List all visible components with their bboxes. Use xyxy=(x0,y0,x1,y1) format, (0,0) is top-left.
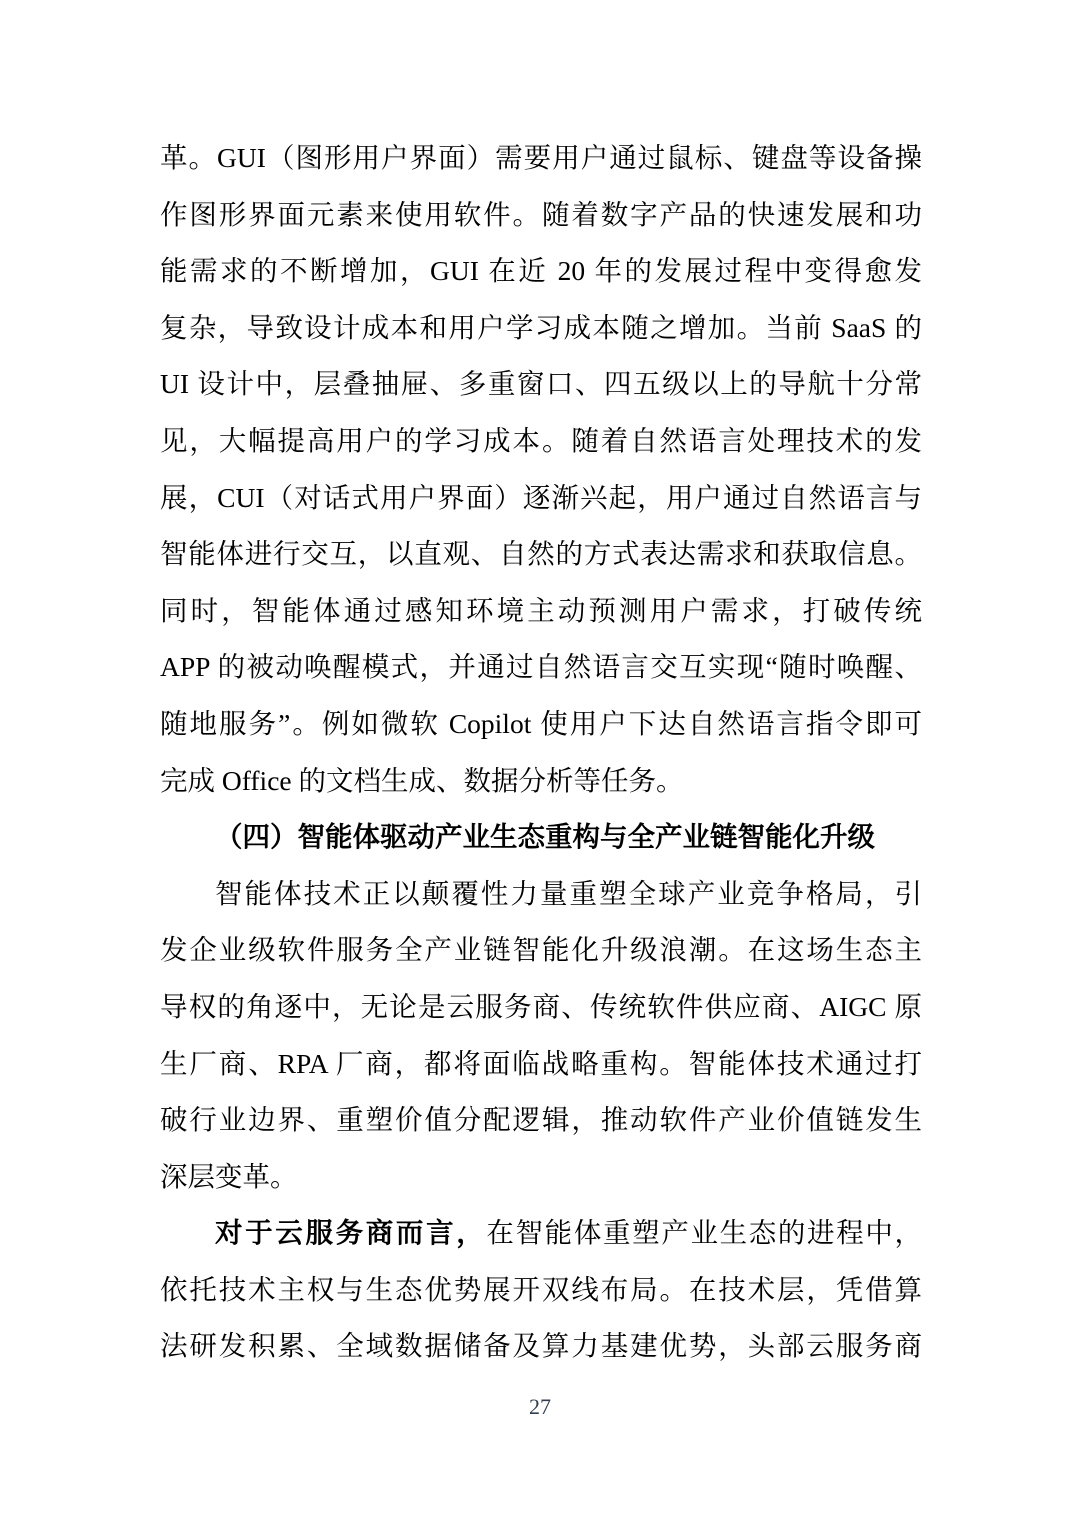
text-line: 智能体技术正以颠覆性力量重塑全球产业竞争格局，引 xyxy=(160,866,922,923)
text-line: 完成 Office 的文档生成、数据分析等任务。 xyxy=(160,753,922,810)
text-line: 发企业级软件服务全产业链智能化升级浪潮。在这场生态主 xyxy=(160,922,922,979)
text-run: 同时，智能体通过感知环境主动预测用户需求，打破传统 xyxy=(160,595,922,626)
text-line: 对于云服务商而言，在智能体重塑产业生态的进程中， xyxy=(160,1205,922,1262)
text-run: 导权的角逐中，无论是云服务商、传统软件供应商、AIGC 原 xyxy=(160,991,922,1022)
text-line: 依托技术主权与生态优势展开双线布局。在技术层，凭借算 xyxy=(160,1262,922,1319)
text-line: 导权的角逐中，无论是云服务商、传统软件供应商、AIGC 原 xyxy=(160,979,922,1036)
text-run: 依托技术主权与生态优势展开双线布局。在技术层，凭借算 xyxy=(160,1274,922,1305)
bold-text-run: （四）智能体驱动产业生态重构与全产业链智能化升级 xyxy=(215,821,875,852)
text-run: 复杂，导致设计成本和用户学习成本随之增加。当前 SaaS 的 xyxy=(160,312,922,343)
text-line: 同时，智能体通过感知环境主动预测用户需求，打破传统 xyxy=(160,583,922,640)
text-run: 生厂商、RPA 厂商，都将面临战略重构。智能体技术通过打 xyxy=(160,1048,922,1079)
text-line: 革。GUI（图形用户界面）需要用户通过鼠标、键盘等设备操 xyxy=(160,130,922,187)
text-run: 作图形界面元素来使用软件。随着数字产品的快速发展和功 xyxy=(160,199,922,230)
text-line: 能需求的不断增加，GUI 在近 20 年的发展过程中变得愈发 xyxy=(160,243,922,300)
text-line: 智能体进行交互，以直观、自然的方式表达需求和获取信息。 xyxy=(160,526,922,583)
text-line: 展，CUI（对话式用户界面）逐渐兴起，用户通过自然语言与 xyxy=(160,470,922,527)
text-line: 见，大幅提高用户的学习成本。随着自然语言处理技术的发 xyxy=(160,413,922,470)
text-line: 作图形界面元素来使用软件。随着数字产品的快速发展和功 xyxy=(160,187,922,244)
text-line: APP 的被动唤醒模式，并通过自然语言交互实现“随时唤醒、 xyxy=(160,639,922,696)
document-lines: 革。GUI（图形用户界面）需要用户通过鼠标、键盘等设备操作图形界面元素来使用软件… xyxy=(160,130,922,1375)
text-run: 破行业边界、重塑价值分配逻辑，推动软件产业价值链发生 xyxy=(160,1104,922,1135)
section-heading: （四）智能体驱动产业生态重构与全产业链智能化升级 xyxy=(160,809,922,866)
text-line: 深层变革。 xyxy=(160,1149,922,1206)
text-run: 发企业级软件服务全产业链智能化升级浪潮。在这场生态主 xyxy=(160,934,922,965)
text-run: 在智能体重塑产业生态的进程中， xyxy=(486,1217,922,1248)
text-line: 生厂商、RPA 厂商，都将面临战略重构。智能体技术通过打 xyxy=(160,1036,922,1093)
text-line: 破行业边界、重塑价值分配逻辑，推动软件产业价值链发生 xyxy=(160,1092,922,1149)
text-run: 法研发积累、全域数据储备及算力基建优势，头部云服务商 xyxy=(160,1330,922,1361)
text-line: 复杂，导致设计成本和用户学习成本随之增加。当前 SaaS 的 xyxy=(160,300,922,357)
text-run: UI 设计中，层叠抽屉、多重窗口、四五级以上的导航十分常 xyxy=(160,368,922,399)
text-run: 随地服务”。例如微软 Copilot 使用户下达自然语言指令即可 xyxy=(160,708,922,739)
bold-text-run: 对于云服务商而言， xyxy=(215,1217,486,1248)
text-run: 深层变革。 xyxy=(160,1161,298,1192)
text-line: UI 设计中，层叠抽屉、多重窗口、四五级以上的导航十分常 xyxy=(160,356,922,413)
text-run: 智能体技术正以颠覆性力量重塑全球产业竞争格局，引 xyxy=(215,878,922,909)
text-run: 展，CUI（对话式用户界面）逐渐兴起，用户通过自然语言与 xyxy=(160,482,922,513)
text-run: 革。GUI（图形用户界面）需要用户通过鼠标、键盘等设备操 xyxy=(160,142,922,173)
document-page: 革。GUI（图形用户界面）需要用户通过鼠标、键盘等设备操作图形界面元素来使用软件… xyxy=(0,0,1080,1527)
text-run: 能需求的不断增加，GUI 在近 20 年的发展过程中变得愈发 xyxy=(160,255,922,286)
page-number: 27 xyxy=(0,1393,1080,1421)
text-run: 智能体进行交互，以直观、自然的方式表达需求和获取信息。 xyxy=(160,538,922,569)
text-run: APP 的被动唤醒模式，并通过自然语言交互实现“随时唤醒、 xyxy=(160,651,922,682)
text-run: 完成 Office 的文档生成、数据分析等任务。 xyxy=(160,765,683,796)
text-run: 见，大幅提高用户的学习成本。随着自然语言处理技术的发 xyxy=(160,425,922,456)
text-line: 随地服务”。例如微软 Copilot 使用户下达自然语言指令即可 xyxy=(160,696,922,753)
text-line: 法研发积累、全域数据储备及算力基建优势，头部云服务商 xyxy=(160,1318,922,1375)
